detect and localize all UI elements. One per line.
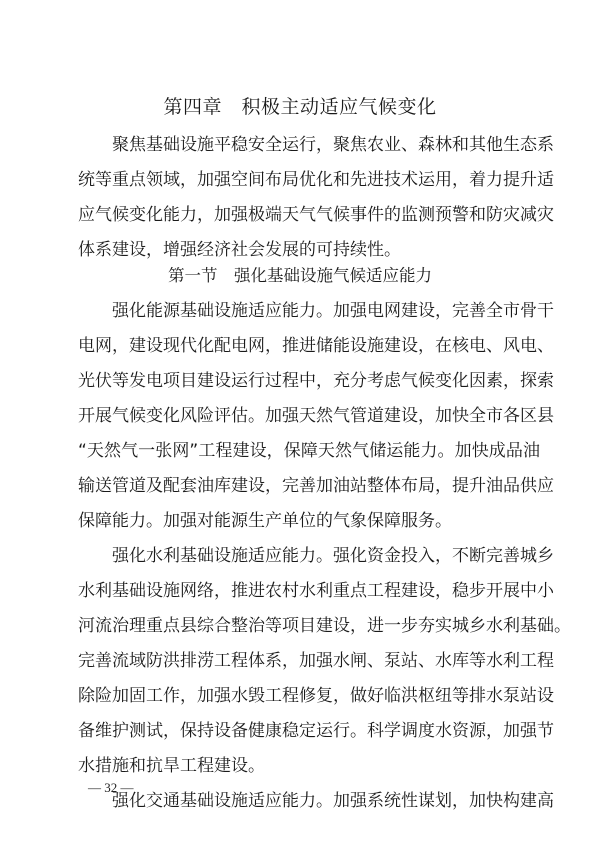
paragraph-line: 强化交通基础设施适应能力。加强系统性谋划，加快构建高 xyxy=(112,790,540,812)
paragraph-line: 水利基础设施网络，推进农村水利重点工程建设，稳步开展中小 xyxy=(78,580,540,602)
section-title: 第一节 强化基础设施气候适应能力 xyxy=(0,262,600,286)
paragraph-line: 开展气候变化风险评估。加强天然气管道建设，加快全市各区县 xyxy=(78,405,540,427)
paragraph-line: 强化能源基础设施适应能力。加强电网建设，完善全市骨干 xyxy=(112,300,540,322)
paragraph-line: 保障能力。加强对能源生产单位的气象保障服务。 xyxy=(78,510,540,532)
paragraph-line: 水措施和抗旱工程建设。 xyxy=(78,755,540,777)
chapter-title: 第四章 积极主动适应气候变化 xyxy=(0,92,600,119)
paragraph-line: 完善流域防洪排涝工程体系，加强水闸、泵站、水库等水利工程 xyxy=(78,650,540,672)
intro-line: 体系建设，增强经济社会发展的可持续性。 xyxy=(78,239,540,261)
intro-line: 应气候变化能力，加强极端天气气候事件的监测预警和防灾减灾 xyxy=(78,204,540,226)
paragraph-line: 除险加固工作，加强水毁工程修复，做好临洪枢纽等排水泵站设 xyxy=(78,685,540,707)
paragraph-line: 光伏等发电项目建设运行过程中，充分考虑气候变化因素，探索 xyxy=(78,370,540,392)
paragraph-line: 强化水利基础设施适应能力。强化资金投入，不断完善城乡 xyxy=(112,545,540,567)
paragraph-line: “天然气一张网”工程建设，保障天然气储运能力。加快成品油 xyxy=(78,440,540,462)
paragraph-line: 河流治理重点县综合整治等项目建设，进一步夯实城乡水利基础。 xyxy=(78,615,540,637)
intro-line: 聚焦基础设施平稳安全运行，聚焦农业、森林和其他生态系 xyxy=(112,134,540,156)
intro-line: 统等重点领域，加强空间布局优化和先进技术运用，着力提升适 xyxy=(78,169,540,191)
page-number: — 32 — xyxy=(88,780,134,796)
paragraph-line: 输送管道及配套油库建设，完善加油站整体布局，提升油品供应 xyxy=(78,475,540,497)
paragraph-line: 备维护测试，保持设备健康稳定运行。科学调度水资源，加强节 xyxy=(78,720,540,742)
paragraph-line: 电网，建设现代化配电网，推进储能设施建设，在核电、风电、 xyxy=(78,335,540,357)
document-page: 第四章 积极主动适应气候变化 聚焦基础设施平稳安全运行，聚焦农业、森林和其他生态… xyxy=(0,0,600,848)
